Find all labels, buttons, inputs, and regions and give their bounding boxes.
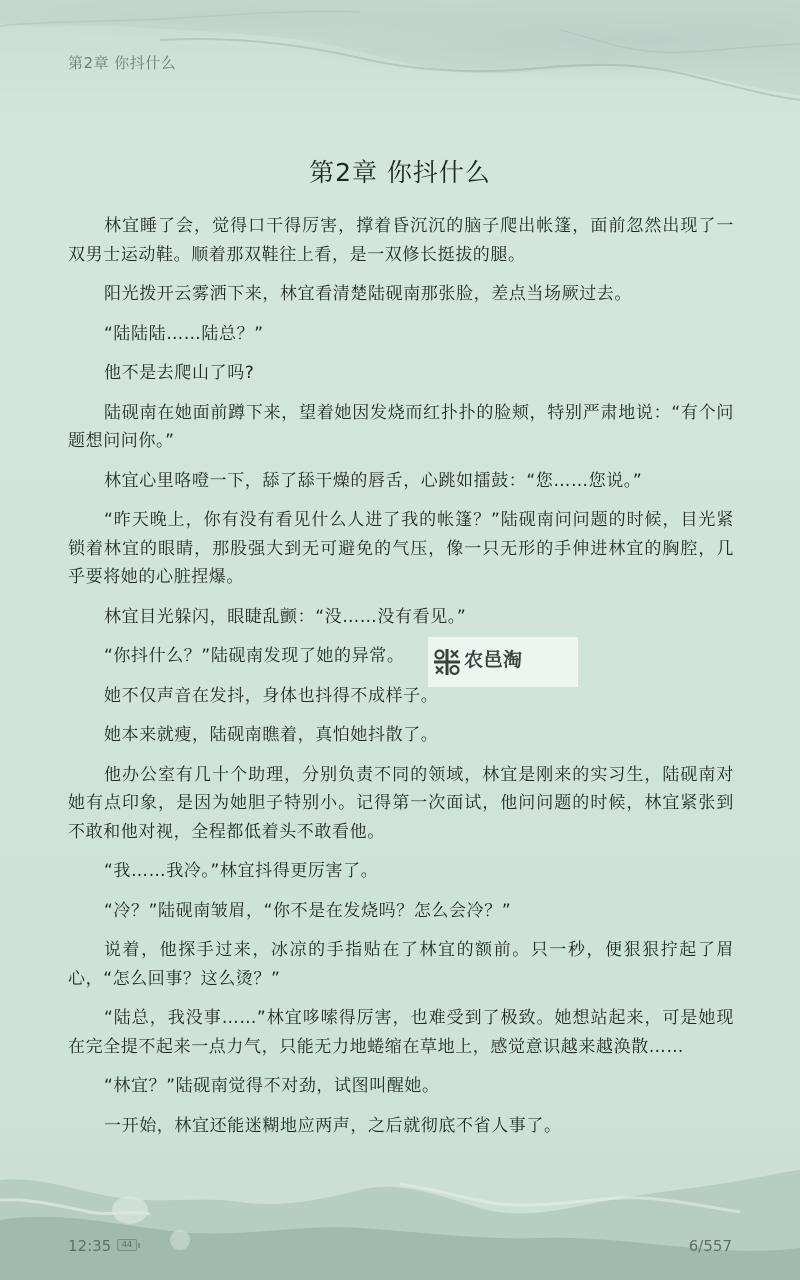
paragraph: 说着，他探手过来，冰凉的手指贴在了林宜的额前。只一秒，便狠狠拧起了眉心，“怎么回…: [68, 936, 734, 993]
page-indicator: 6/557: [689, 1237, 732, 1255]
paragraph: 他办公室有几十个助理，分别负责不同的领域，林宜是刚来的实习生，陆砚南对她有点印象…: [68, 761, 734, 847]
running-chapter-title: 第2章 你抖什么: [68, 52, 176, 73]
paragraph: “陆陆陆……陆总？”: [68, 320, 734, 349]
paragraph: “陆总，我没事……”林宜哆嗦得厉害，也难受到了极致。她想站起来，可是她现在完全提…: [68, 1004, 734, 1061]
paragraph: 陆砚南在她面前蹲下来，望着她因发烧而红扑扑的脸颊，特别严肃地说：“有个问题想问问…: [68, 399, 734, 456]
chapter-content: 林宜睡了会，觉得口干得厉害，撑着昏沉沉的脑子爬出帐篷，面前忽然出现了一双男士运动…: [68, 212, 734, 1151]
watermark-text: 农邑淘: [464, 645, 523, 672]
battery-level: 44: [122, 1240, 132, 1250]
paragraph: 他不是去爬山了吗?: [68, 359, 734, 388]
paragraph: 林宜目光躲闪，眼睫乱颤：“没……没有看见。”: [68, 603, 734, 632]
chapter-title: 第2章 你抖什么: [0, 153, 800, 189]
watermark-overlay: 农邑淘: [428, 637, 578, 687]
paragraph: “我……我冷。”林宜抖得更厉害了。: [68, 857, 734, 886]
paragraph: “冷？”陆砚南皱眉，“你不是在发烧吗？怎么会冷？”: [68, 897, 734, 926]
paragraph: 一开始，林宜还能迷糊地应两声，之后就彻底不省人事了。: [68, 1112, 734, 1141]
paragraph: “你抖什么？”陆砚南发现了她的异常。: [68, 642, 734, 671]
paragraph: 林宜心里咯噔一下，舔了舔干燥的唇舌，心跳如擂鼓：“您……您说。”: [68, 467, 734, 496]
paragraph: “林宜？”陆砚南觉得不对劲，试图叫醒她。: [68, 1072, 734, 1101]
clock-time: 12:35: [68, 1237, 111, 1255]
paragraph: 林宜睡了会，觉得口干得厉害，撑着昏沉沉的脑子爬出帐篷，面前忽然出现了一双男士运动…: [68, 212, 734, 269]
paragraph: 阳光拨开云雾洒下来，林宜看清楚陆砚南那张脸，差点当场厥过去。: [68, 280, 734, 309]
paragraph: 她不仅声音在发抖，身体也抖得不成样子。: [68, 682, 734, 711]
battery-icon: 44: [117, 1239, 137, 1251]
bottom-sea-decoration: [0, 1140, 800, 1280]
paragraph: “昨天晚上，你有没有看见什么人进了我的帐篷？”陆砚南问问题的时候，目光紧锁着林宜…: [68, 506, 734, 592]
paragraph: 她本来就瘦，陆砚南瞧着，真怕她抖散了。: [68, 721, 734, 750]
grid-x-o-logo-icon: [432, 647, 462, 677]
